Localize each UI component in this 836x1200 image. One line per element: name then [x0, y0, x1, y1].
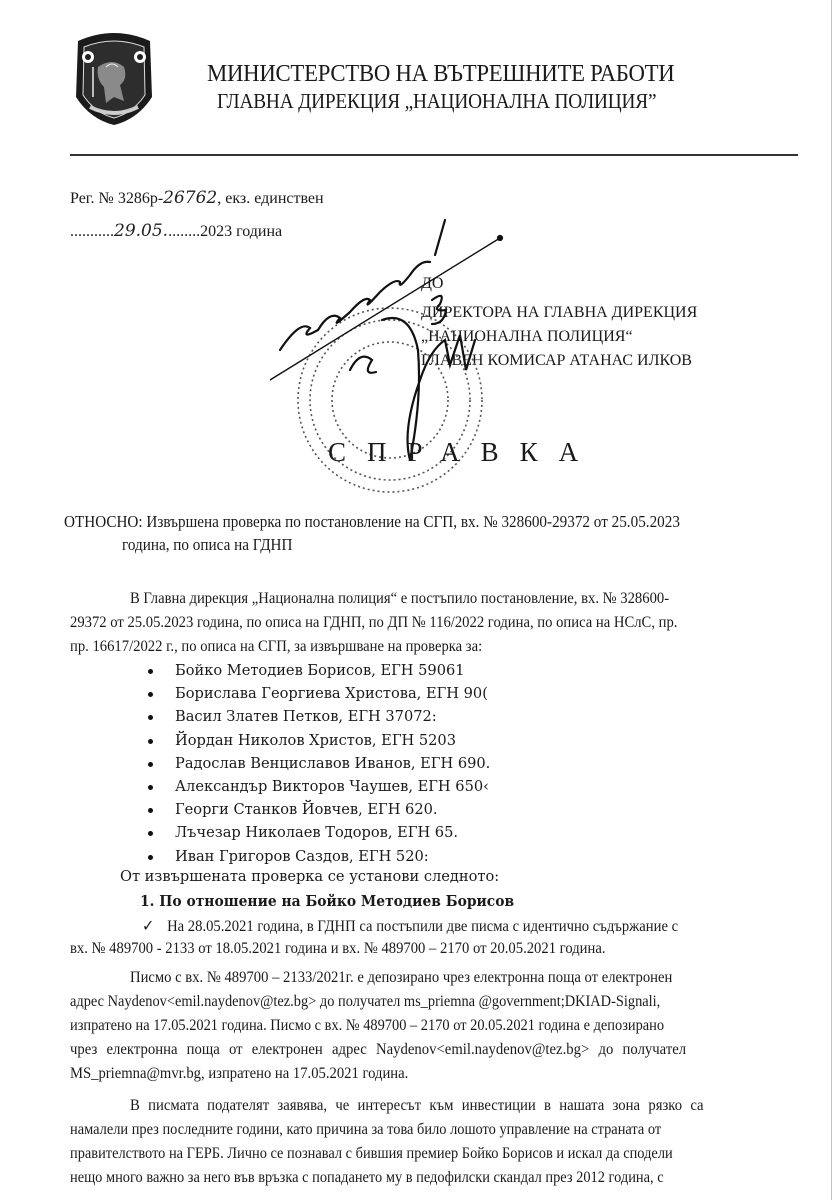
list-item: Борислава Георгиева Христова, ЕГН 90( [148, 682, 490, 705]
list-item: Лъчезар Николаев Тодоров, ЕГН 65. [148, 821, 490, 844]
claims-line-1: В писмата подателят заявява, че интересъ… [130, 1097, 704, 1115]
claims-line-3: правителството на ГЕРБ. Лично се познава… [70, 1145, 673, 1163]
claims-line-2: намалели през последните години, като пр… [70, 1121, 661, 1139]
intro-line-1: В Главна дирекция „Национална полиция“ е… [130, 590, 669, 608]
intro-line-2: 29372 от 25.05.2023 година, по описа на … [70, 614, 677, 632]
header-divider [70, 154, 798, 156]
letters-line-4: чрез електронна поща от електронен адрес… [70, 1041, 686, 1059]
addressee-to: ДО [421, 275, 443, 293]
check-mark-icon: ✓ [142, 918, 154, 935]
letters-line-5: MS_priemna@mvr.bg, изпратено на 17.05.20… [70, 1065, 408, 1083]
document-page: МИНИСТЕРСТВО НА ВЪТРЕШНИТЕ РАБОТИ ГЛАВНА… [0, 0, 836, 1200]
list-item: Иван Григоров Саздов, ЕГН 520: [148, 845, 490, 868]
list-item: Александър Викторов Чаушев, ЕГН 650‹ [148, 775, 490, 798]
police-crest-icon [68, 27, 160, 127]
addressee-line-2: „НАЦИОНАЛНА ПОЛИЦИЯ“ [421, 328, 633, 346]
letters-line-1: Писмо с вх. № 489700 – 2133/2021г. е деп… [130, 969, 672, 987]
subject-line-continued: година, по описа на ГДНП [122, 535, 292, 555]
registration-number: Рег. № 3286р-26762, екз. единствен [70, 188, 324, 208]
list-item: Васил Златев Петков, ЕГН 37072: [148, 705, 490, 728]
list-item: Бойко Методиев Борисов, ЕГН 59061 [148, 659, 490, 682]
scan-edge-line [831, 0, 832, 1200]
claims-line-4: нещо много важно за него във връзка с по… [70, 1169, 664, 1187]
registration-date: ...........29.05.........2023 година [70, 221, 282, 241]
section-1-heading: 1. По отношение на Бойко Методиев Борисо… [140, 893, 514, 910]
subject-line: ОТНОСНО: Извършена проверка по постановл… [64, 512, 680, 532]
handwritten-reg-number: 26762 [163, 188, 217, 208]
letters-line-2: адрес Naydenov<emil.naydenov@tez.bg> до … [70, 993, 660, 1011]
handwritten-date: 29.05. [114, 221, 168, 241]
ministry-name: МИНИСТЕРСТВО НА ВЪТРЕШНИТЕ РАБОТИ [207, 60, 674, 88]
addressee-line-1: ДИРЕКТОРА НА ГЛАВНА ДИРЕКЦИЯ [421, 304, 697, 322]
persons-list: Бойко Методиев Борисов, ЕГН 59061 Борисл… [148, 659, 490, 868]
section-1-item-line-2: вх. № 489700 - 2133 от 18.05.2021 година… [70, 940, 605, 958]
letters-line-3: изпратено на 17.05.2021 година. Писмо с … [70, 1017, 664, 1035]
findings-intro: От извършената проверка се установи след… [120, 868, 499, 885]
list-item: Йордан Николов Христов, ЕГН 5203 [148, 729, 490, 752]
document-title: СПРАВКА [328, 437, 599, 468]
addressee-line-3: ГЛАВЕН КОМИСАР АТАНАС ИЛКОВ [421, 352, 692, 370]
directorate-name: ГЛАВНА ДИРЕКЦИЯ „НАЦИОНАЛНА ПОЛИЦИЯ” [217, 89, 656, 114]
intro-line-3: пр. 16617/2022 г., по описа на СГП, за и… [70, 638, 482, 656]
section-1-item-line-1: ✓На 28.05.2021 година, в ГДНП са постъпи… [142, 916, 678, 936]
list-item: Георги Станков Йовчев, ЕГН 620. [148, 798, 490, 821]
list-item: Радослав Венциславов Иванов, ЕГН 690. [148, 752, 490, 775]
